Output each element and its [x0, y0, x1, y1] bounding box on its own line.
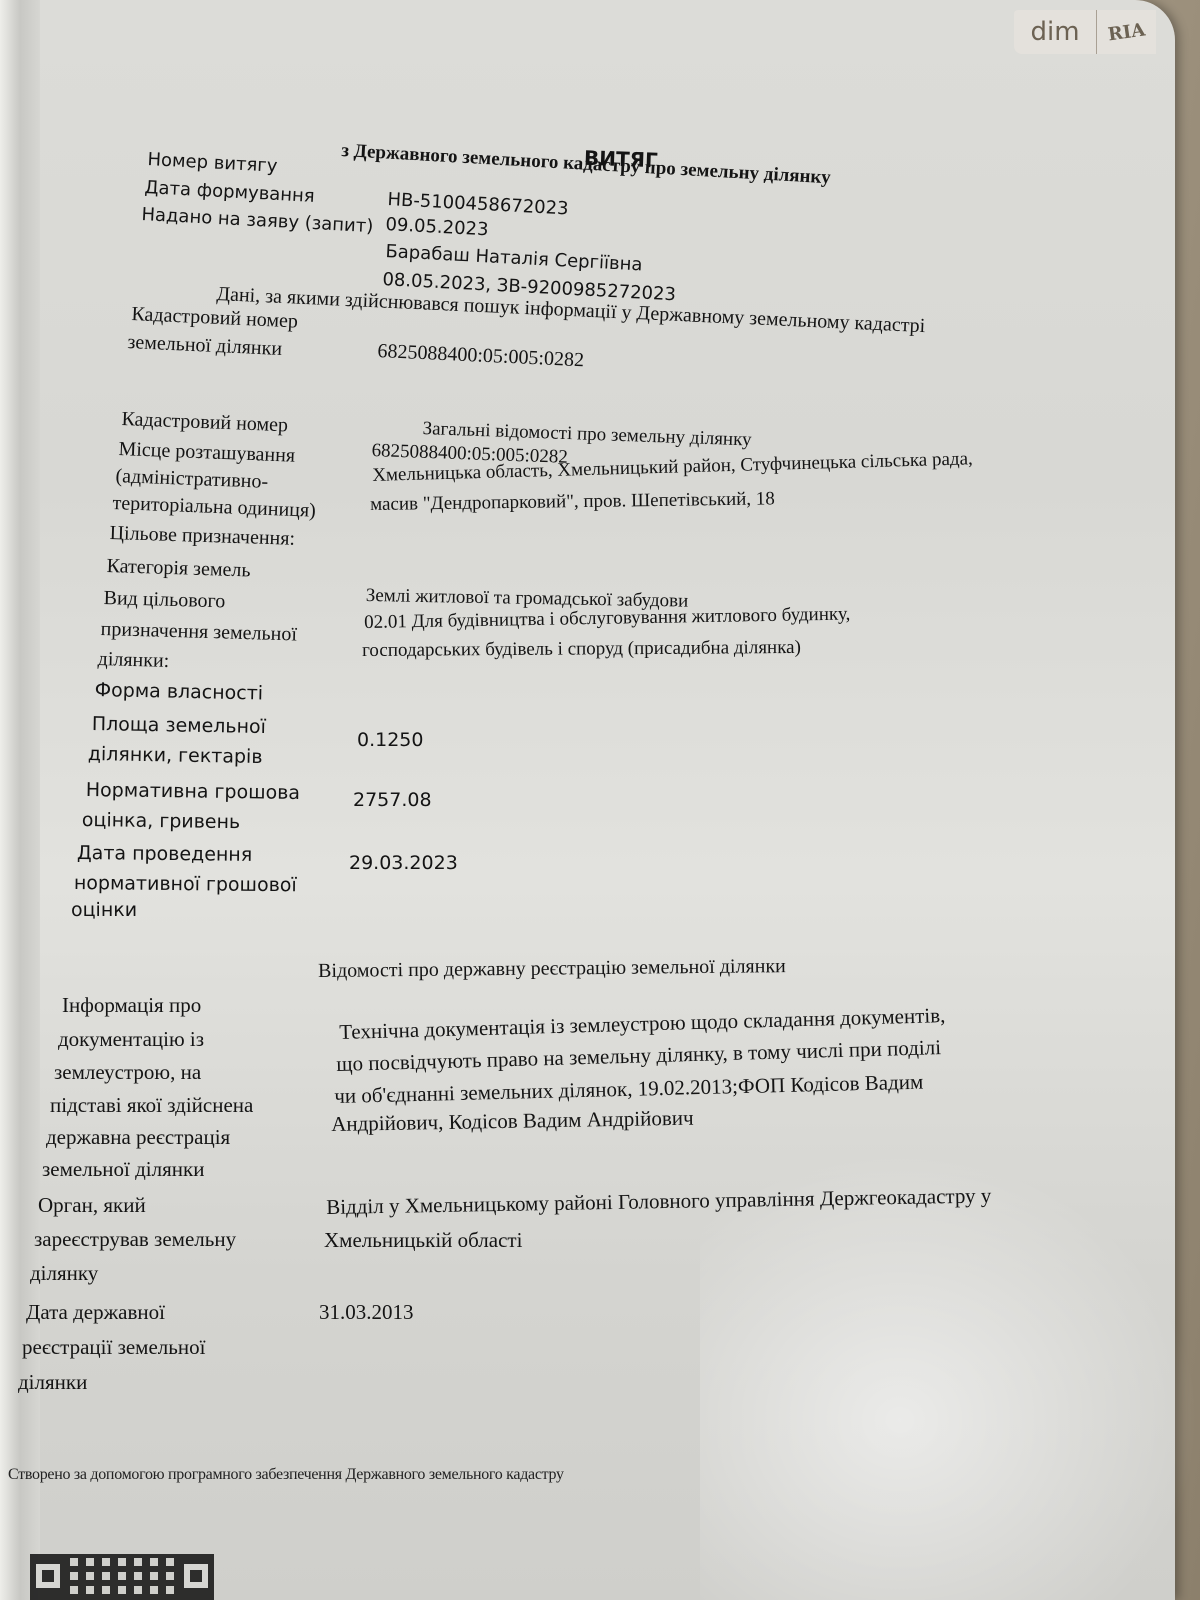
reg-date-label-2: реєстрації земельної	[22, 1335, 205, 1359]
location-label-3: територіальна одиниця)	[112, 492, 316, 523]
cadastral-number-label: Кадастровий номер	[121, 408, 288, 437]
docs-label-3: землеустрою, на	[54, 1060, 201, 1084]
valuation-date-label-1: Дата проведення	[77, 843, 253, 867]
location-label-1: Місце розташування	[118, 438, 295, 468]
purpose-type-value-2: господарських будівель і споруд (присади…	[362, 637, 801, 662]
area-label-2: ділянки, гектарів	[88, 744, 263, 769]
extract-number-label: Номер витягу	[147, 150, 278, 177]
area-value: 0.1250	[357, 730, 423, 752]
authority-label-1: Орган, який	[38, 1193, 146, 1217]
valuation-value: 2757.08	[353, 790, 432, 812]
registration-section-heading: Відомості про державну реєстрацію земель…	[318, 955, 786, 983]
location-value-2: масив "Дендропарковий", пров. Шепетівськ…	[370, 488, 775, 515]
docs-label-4: підставі якої здійснена	[50, 1093, 253, 1117]
docs-label-5: державна реєстрація	[46, 1125, 230, 1149]
location-label-2: (адміністративно-	[115, 465, 268, 494]
docs-label-6: земельної ділянки	[42, 1157, 204, 1181]
valuation-date-label-2: нормативної грошової	[74, 873, 297, 897]
request-label: Надано на заяву (запит)	[141, 205, 374, 238]
purpose-type-label-3: ділянки:	[97, 648, 169, 673]
formation-date-label: Дата формування	[144, 178, 315, 208]
valuation-label-1: Нормативна грошова	[86, 780, 300, 805]
purpose-type-label-2: призначення земельної	[100, 618, 297, 646]
docs-label-2: документацію із	[58, 1027, 204, 1051]
ownership-label: Форма власності	[95, 680, 264, 705]
purpose-label: Цільове призначення:	[109, 522, 295, 551]
valuation-date-value: 29.03.2023	[349, 853, 458, 875]
authority-value-1: Відділ у Хмельницькому районі Головного …	[326, 1183, 992, 1219]
formation-date-value: 09.05.2023	[385, 215, 489, 241]
authority-label-2: зареєстрував земельну	[34, 1227, 236, 1251]
authority-value-2: Хмельницькій області	[324, 1228, 522, 1252]
docs-value-3: чи об'єднанні земельних ділянок, 19.02.2…	[334, 1070, 924, 1109]
document-footer: Створено за допомогою програмного забезп…	[8, 1466, 564, 1484]
docs-value-4: Андрійович, Кодісов Вадим Андрійович	[331, 1106, 694, 1136]
reg-date-label-1: Дата державної	[26, 1300, 165, 1324]
search-cadastral-value: 6825088400:05:005:0282	[377, 340, 585, 372]
qr-finder-right-icon	[178, 1558, 214, 1594]
reg-date-value: 31.03.2013	[319, 1300, 414, 1324]
reg-date-label-3: ділянки	[18, 1370, 87, 1394]
qr-code	[30, 1554, 214, 1600]
land-category-label: Категорія земель	[106, 555, 251, 583]
qr-finder-left-icon	[30, 1558, 66, 1594]
purpose-type-label-1: Вид цільового	[103, 587, 225, 613]
valuation-date-label-3: оцінки	[71, 900, 137, 922]
valuation-label-2: оцінка, гривень	[82, 810, 241, 834]
area-label-1: Площа земельної	[92, 714, 266, 739]
search-cadastral-label-2: земельної ділянки	[127, 331, 283, 361]
docs-label-1: Інформація про	[62, 993, 201, 1017]
extract-document: ВИТЯГ з Державного земельного кадастру п…	[0, 0, 1200, 1600]
authority-label-3: ділянку	[30, 1261, 98, 1285]
